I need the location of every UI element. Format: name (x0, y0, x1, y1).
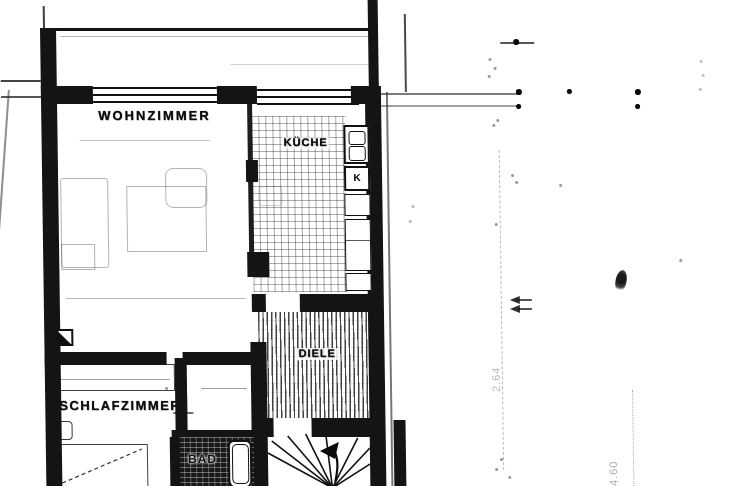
scan-speck (500, 458, 503, 461)
bed-outline (54, 444, 149, 486)
dimension-dot (516, 104, 521, 109)
window-line (257, 89, 359, 91)
floorplan-scan: WOHNZIMMER KÜCHE K DIELE SCHLAFZIMMER (0, 0, 730, 486)
diele-label: DIELE (296, 348, 338, 360)
wall-pier (217, 86, 257, 104)
counter-unit (345, 219, 372, 271)
scan-speck (679, 259, 682, 262)
scan-speck (515, 181, 518, 184)
wall-tick (43, 6, 45, 30)
wohnzimmer-label: WOHNZIMMER (98, 108, 211, 123)
counter-unit (344, 194, 370, 216)
schlafzimmer-label: SCHLAFZIMMER (59, 398, 181, 413)
bad-label: BAD (188, 452, 217, 466)
window-line (93, 101, 217, 103)
stair-treads (268, 433, 371, 486)
dimension-line-vertical (632, 390, 634, 486)
scan-speck (488, 58, 491, 61)
sink-basin (348, 131, 365, 145)
dimension-arrow-tail (518, 299, 532, 301)
scan-speck (702, 74, 705, 77)
counter-unit (345, 273, 371, 291)
bathtub (228, 440, 253, 486)
dimension-dot (635, 104, 640, 109)
scan-speck (165, 387, 168, 390)
closet-shelf-line (201, 388, 247, 389)
scan-speck (559, 184, 562, 187)
diele-region (258, 312, 372, 420)
door-opening (266, 294, 300, 312)
section-line (368, 0, 379, 92)
sink-fixture (343, 125, 370, 164)
kitchen-table-outline (258, 186, 282, 206)
dimension-extension-line (381, 93, 521, 95)
chair-outline (165, 168, 208, 208)
scan-speck (511, 174, 514, 177)
window-line (93, 87, 217, 89)
scan-speck (494, 67, 497, 70)
dimension-dot (513, 39, 519, 45)
table-outline (61, 244, 95, 270)
ink-blot (614, 269, 629, 293)
stairs-arrow-tail (335, 452, 338, 482)
neighbor-wall-line (386, 92, 394, 486)
floorplan-page: WOHNZIMMER KÜCHE K DIELE SCHLAFZIMMER (0, 0, 730, 486)
window-line (257, 96, 359, 98)
balcony-parapet-wall (52, 28, 374, 31)
scan-speck (495, 223, 498, 226)
wall-segment (175, 358, 188, 437)
fridge-box: K (344, 166, 370, 191)
wall-pier (41, 86, 93, 104)
wall-segment (251, 418, 373, 437)
dimension-value-vertical-left: 2.64 (490, 332, 503, 392)
scan-speck (411, 205, 414, 208)
sink-basin (349, 146, 366, 161)
exterior-line (1, 80, 41, 82)
site-boundary-line (0, 90, 10, 379)
wardrobe-outline (55, 364, 175, 391)
shaft-hatch-icon (56, 329, 73, 346)
balcony-line (60, 36, 370, 37)
dimension-dot (567, 89, 572, 94)
scan-speck (496, 119, 499, 122)
wardrobe-line (58, 379, 170, 380)
scan-speck (409, 220, 412, 223)
scan-speck (495, 468, 498, 471)
wall-pier (351, 86, 381, 104)
stairs-direction-arrow (320, 442, 339, 459)
balcony-line (231, 64, 371, 65)
scan-speck (492, 124, 495, 127)
furniture-line (66, 298, 246, 299)
section-line-thin (404, 14, 407, 92)
counter-line (346, 240, 370, 241)
scan-speck (488, 75, 491, 78)
kueche-label: KÜCHE (282, 137, 330, 149)
dimension-arrow-tail (518, 308, 532, 310)
scan-speck (508, 476, 511, 479)
bathtub-inner (232, 444, 250, 484)
furniture-line (80, 140, 210, 141)
scan-speck (699, 88, 702, 91)
nightstand-outline (55, 421, 72, 440)
fridge-symbol: K (353, 173, 360, 184)
dimension-value-vertical-right: 4.60 (608, 432, 621, 486)
dimension-dot (516, 89, 522, 95)
dimension-line-vertical (499, 150, 504, 470)
scan-speck (699, 60, 702, 63)
door-opening (273, 418, 311, 437)
dimension-extension-line (381, 105, 521, 107)
dimension-dot (635, 89, 641, 95)
wall-segment (170, 437, 181, 486)
window-line (93, 94, 217, 96)
wall-segment-stairwell (393, 420, 406, 486)
window-line (257, 103, 359, 105)
